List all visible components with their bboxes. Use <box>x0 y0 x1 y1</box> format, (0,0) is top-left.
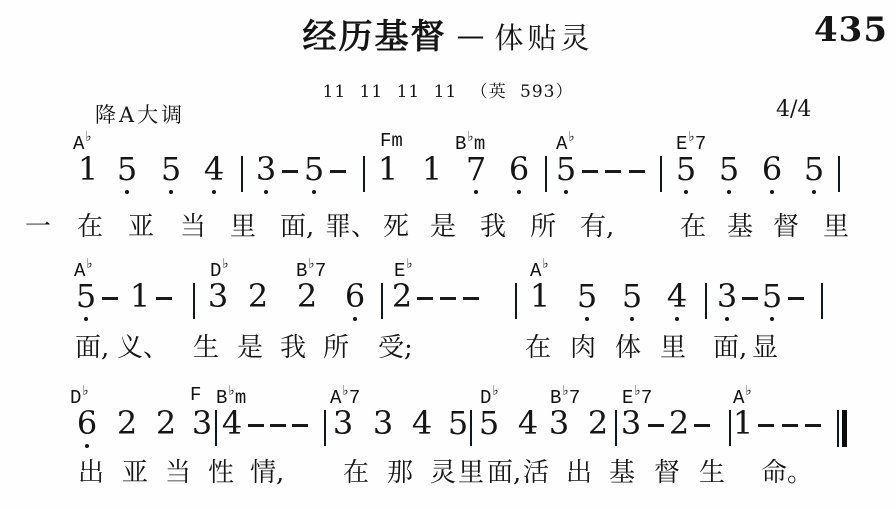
note-digit: 5 <box>479 405 499 442</box>
note-digit: 3 <box>549 405 569 442</box>
note-digit: 3 <box>717 278 737 315</box>
note-digit: 3 <box>333 405 353 442</box>
barline <box>193 283 195 319</box>
note-digit: 4 <box>204 151 224 188</box>
lyric-char: 显 <box>752 329 778 367</box>
note-digit: 3 <box>208 278 228 315</box>
flat-sign: ♭ <box>227 384 234 400</box>
duration-dash <box>292 424 308 427</box>
note-digit: 3 <box>621 405 641 442</box>
flat-sign: ♭ <box>405 257 412 273</box>
note-digit: 5 <box>622 278 642 315</box>
note-digit: 5 <box>76 278 96 315</box>
lyric-char: 我 <box>280 329 306 367</box>
barline <box>615 410 617 446</box>
final-barline-thin <box>837 410 839 447</box>
lyric-char: 当 <box>165 454 191 492</box>
lyric-char: 督 <box>773 208 799 246</box>
octave-dot <box>770 190 774 194</box>
flat-sign: ♭ <box>221 257 228 273</box>
note-digit: 2 <box>117 405 137 442</box>
lyric-char: 是 <box>237 329 263 367</box>
key-signature: 降A大调 <box>95 99 185 129</box>
note-digit: 4 <box>412 405 432 442</box>
note-digit: 6 <box>77 405 97 442</box>
lyric-char: 体 <box>615 329 641 367</box>
hymn-page: 435 经历基督—体贴灵 11 11 11 11 （英 593） 降A大调 4/… <box>0 0 896 509</box>
flat-sign: ♭ <box>541 257 548 273</box>
barline <box>660 156 662 192</box>
octave-dot <box>564 190 568 194</box>
duration-dash <box>742 297 758 300</box>
flat-sign: ♭ <box>81 384 88 400</box>
octave-dot <box>812 190 816 194</box>
duration-dash <box>330 170 346 173</box>
barline <box>241 156 243 192</box>
duration-dash <box>758 424 774 427</box>
note-digit: 1 <box>530 278 550 315</box>
flat-sign: ♭ <box>633 384 640 400</box>
chord-root: F <box>380 130 391 152</box>
note-digit: 5 <box>577 278 597 315</box>
note-digit: 5 <box>762 278 782 315</box>
barline <box>821 283 823 319</box>
octave-dot <box>353 317 357 321</box>
lyric-char: 所 <box>530 208 556 246</box>
chord-suffix: 7 <box>569 387 580 409</box>
note-digit: 5 <box>556 151 576 188</box>
final-barline-thick <box>842 410 847 447</box>
note-digit: 3 <box>373 405 393 442</box>
note-digit: 5 <box>719 151 739 188</box>
note-digit: 5 <box>304 151 324 188</box>
note-digit: 2 <box>156 405 176 442</box>
barline <box>363 156 365 192</box>
lyric-char: 义、 <box>117 329 169 367</box>
lyric-char: 当 <box>180 208 206 246</box>
octave-dot <box>264 190 268 194</box>
lyric-char: 是 <box>430 208 456 246</box>
chord-suffix: 7 <box>641 387 652 409</box>
barline <box>470 410 472 446</box>
note-digit: 6 <box>345 278 365 315</box>
duration-dash <box>582 170 598 173</box>
note-digit: 2 <box>588 405 608 442</box>
title-row: 经历基督—体贴灵 <box>0 16 896 64</box>
duration-dash <box>648 424 664 427</box>
barline <box>324 410 326 446</box>
flat-sign: ♭ <box>744 384 751 400</box>
flat-sign: ♭ <box>561 384 568 400</box>
duration-dash <box>417 297 433 300</box>
note-digit: 1 <box>78 151 98 188</box>
duration-dash <box>102 297 118 300</box>
note-digit: 1 <box>422 151 442 188</box>
octave-dot <box>727 190 731 194</box>
lyric-char: 在 <box>680 208 706 246</box>
octave-dot <box>725 317 729 321</box>
duration-dash <box>440 297 456 300</box>
flat-sign: ♭ <box>687 130 694 146</box>
octave-dot <box>169 190 173 194</box>
lyric-char: 我 <box>480 208 506 246</box>
lyric-line-3: 出亚当性情,在那灵里面,活出基督生命。 <box>0 454 896 496</box>
note-digit: 6 <box>509 151 529 188</box>
octave-dot <box>85 444 89 448</box>
flat-sign: ♭ <box>341 384 348 400</box>
lyric-char: 面, <box>487 454 521 492</box>
chord-suffix: m <box>391 130 402 152</box>
octave-dot <box>517 190 521 194</box>
lyric-char: 活 <box>523 454 549 492</box>
lyric-char: 在 <box>525 329 551 367</box>
barline <box>381 283 383 319</box>
lyric-line-2: 面,义、生是我所受;在肉体里面,显 <box>0 329 896 371</box>
lyric-char: 一 <box>25 208 51 246</box>
lyric-char: 情, <box>250 454 284 492</box>
lyric-char: 性 <box>208 454 234 492</box>
note-digit: 4 <box>667 278 687 315</box>
lyric-char: 那 <box>387 454 413 492</box>
flat-sign: ♭ <box>307 257 314 273</box>
duration-dash <box>463 297 479 300</box>
lyric-char: 命。 <box>761 454 813 492</box>
time-signature: 4/4 <box>776 97 811 122</box>
lyric-char: 里 <box>230 208 256 246</box>
note-digit: 3 <box>192 405 212 442</box>
chord-root: F <box>190 384 201 406</box>
duration-dash <box>782 424 798 427</box>
music-line-1: A♭FmB♭mA♭E♭7155435117655565 <box>0 130 896 208</box>
flat-sign: ♭ <box>491 384 498 400</box>
lyric-char: 基 <box>609 454 635 492</box>
lyric-char: 出 <box>566 454 592 492</box>
lyric-char: 生 <box>699 454 725 492</box>
octave-dot <box>312 190 316 194</box>
title-dash: — <box>456 19 484 52</box>
flat-sign: ♭ <box>567 130 574 146</box>
octave-dot <box>684 190 688 194</box>
lyric-char: 在 <box>343 454 369 492</box>
lyric-char: 里 <box>660 329 686 367</box>
lyric-char: 罪、 <box>325 208 377 246</box>
lyric-char: 肉 <box>570 329 596 367</box>
note-digit: 5 <box>804 151 824 188</box>
duration-dash <box>156 297 172 300</box>
barline <box>215 410 217 446</box>
duration-dash <box>605 170 621 173</box>
lyric-char: 出 <box>78 454 104 492</box>
note-digit: 4 <box>518 405 538 442</box>
flat-sign: ♭ <box>84 130 91 146</box>
lyric-char: 基 <box>727 208 753 246</box>
octave-dot <box>212 190 216 194</box>
chord-root: B <box>455 133 466 155</box>
lyric-char: 亚 <box>122 454 148 492</box>
note-digit: 5 <box>161 151 181 188</box>
octave-dot <box>125 190 129 194</box>
note-digit: 5 <box>676 151 696 188</box>
note-digit: 5 <box>448 405 468 442</box>
lyric-line-1: 一在亚当里面,罪、死是我所有,在基督里 <box>0 208 896 250</box>
flat-sign: ♭ <box>85 257 92 273</box>
lyric-char: 有, <box>580 208 614 246</box>
lyric-char: 亚 <box>128 208 154 246</box>
octave-dot <box>84 317 88 321</box>
note-digit: 2 <box>392 278 412 315</box>
note-digit: 1 <box>378 151 398 188</box>
lyric-char: 死 <box>383 208 409 246</box>
lyric-char: 面, <box>713 329 747 367</box>
duration-dash <box>248 424 264 427</box>
octave-dot <box>585 317 589 321</box>
octave-dot <box>630 317 634 321</box>
lyric-char: 里 <box>823 208 849 246</box>
barline <box>545 156 547 192</box>
flat-sign: ♭ <box>466 130 473 146</box>
duration-dash <box>694 424 710 427</box>
octave-dot <box>474 190 478 194</box>
lyric-char: 生 <box>193 329 219 367</box>
duration-dash <box>805 424 821 427</box>
duration-dash <box>629 170 645 173</box>
final-barline <box>837 410 847 447</box>
note-digit: 4 <box>222 405 242 442</box>
music-line-3: D♭FB♭mA♭7D♭B♭7E♭7A♭6223433455432321 <box>0 384 896 462</box>
lyric-char: 督 <box>654 454 680 492</box>
barline <box>705 283 707 319</box>
lyric-char: 所 <box>323 329 349 367</box>
octave-dot <box>675 317 679 321</box>
note-digit: 5 <box>117 151 137 188</box>
duration-dash <box>282 170 298 173</box>
lyric-char: 里 <box>458 454 484 492</box>
duration-dash <box>788 297 804 300</box>
note-digit: 2 <box>297 278 317 315</box>
title-category: 经历基督 <box>302 17 446 57</box>
note-digit: 1 <box>130 278 150 315</box>
lyric-char: 在 <box>77 208 103 246</box>
octave-dot <box>770 317 774 321</box>
lyric-char: 面, <box>280 208 314 246</box>
lyric-char: 灵 <box>430 454 456 492</box>
chord-suffix: 7 <box>695 133 706 155</box>
note-digit: 6 <box>762 151 782 188</box>
barline <box>838 156 840 192</box>
title-subtitle: 体贴灵 <box>494 21 593 55</box>
note-digit: 7 <box>466 151 486 188</box>
lyric-char: 面, <box>75 329 109 367</box>
music-line-2: A♭D♭B♭7E♭A♭5132262155435 <box>0 257 896 335</box>
note-digit: 3 <box>256 151 276 188</box>
barline <box>515 283 517 319</box>
note-digit: 2 <box>669 405 689 442</box>
lyric-char: 受; <box>378 329 413 367</box>
note-digit: 1 <box>733 405 753 442</box>
barline <box>729 410 731 446</box>
duration-dash <box>270 424 286 427</box>
note-digit: 2 <box>248 278 268 315</box>
